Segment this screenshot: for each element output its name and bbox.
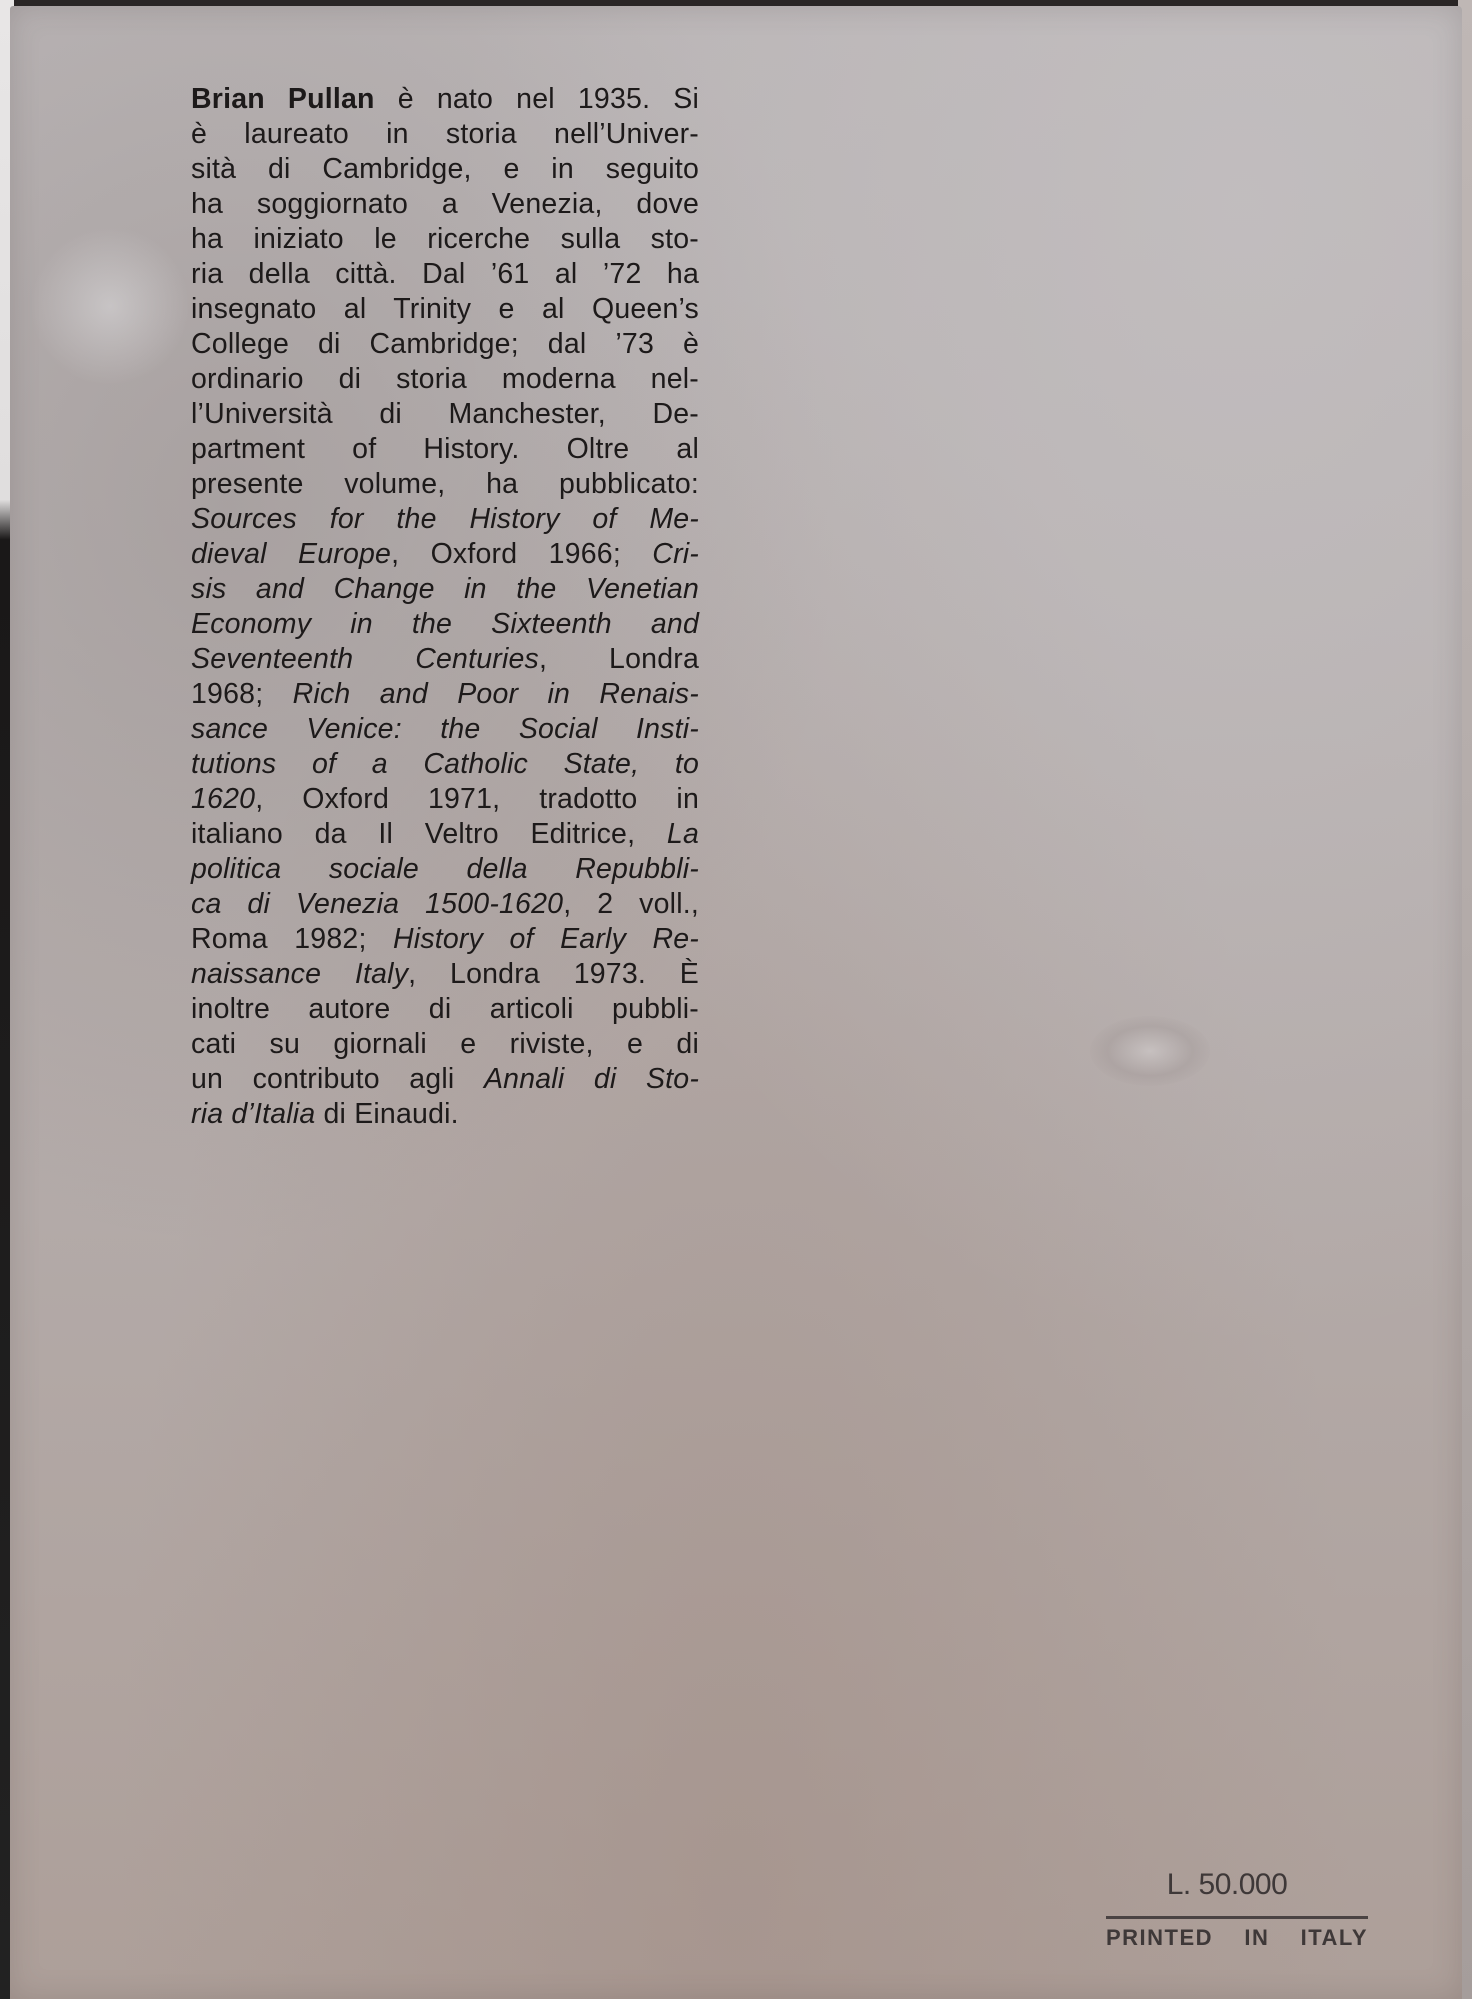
bio-line: ria d’Italia di Einaudi. bbox=[191, 1097, 699, 1132]
bio-text: presente volume, ha pubblicato: bbox=[191, 468, 699, 500]
bio-title-italic: Economy in the Sixteenth and bbox=[191, 608, 699, 640]
bio-title-italic: La bbox=[667, 818, 699, 850]
bio-line: è laureato in storia nell’Univer- bbox=[191, 117, 699, 152]
bio-text: è laureato in storia nell’Univer- bbox=[191, 118, 699, 150]
bio-title-italic: sance Venice: the Social Insti- bbox=[191, 713, 699, 745]
bio-line: 1620, Oxford 1971, tradotto in bbox=[191, 782, 699, 817]
bio-text: di Einaudi. bbox=[315, 1098, 458, 1130]
bio-line: tutions of a Catholic State, to bbox=[191, 747, 699, 782]
bio-line: naissance Italy, Londra 1973. È bbox=[191, 957, 699, 992]
bio-line: un contributo agli Annali di Sto- bbox=[191, 1062, 699, 1097]
bio-title-italic: History of Early Re- bbox=[393, 923, 699, 955]
bio-text: insegnato al Trinity e al Queen’s bbox=[191, 293, 699, 325]
bio-text: sità di Cambridge, e in seguito bbox=[191, 153, 699, 185]
bio-title-italic: Cri- bbox=[652, 538, 699, 570]
bio-line: ha soggiornato a Venezia, dove bbox=[191, 187, 699, 222]
bio-line: politica sociale della Repubbli- bbox=[191, 852, 699, 887]
bio-line: insegnato al Trinity e al Queen’s bbox=[191, 292, 699, 327]
bio-title-italic: ria d’Italia bbox=[191, 1098, 315, 1130]
bio-line: inoltre autore di articoli pubbli- bbox=[191, 992, 699, 1027]
bio-text: Roma 1982; bbox=[191, 923, 393, 955]
bio-line: 1968; Rich and Poor in Renais- bbox=[191, 677, 699, 712]
bio-line: ordinario di storia moderna nel- bbox=[191, 362, 699, 397]
bio-line: l’Università di Manchester, De- bbox=[191, 397, 699, 432]
bio-title-italic: dieval Europe bbox=[191, 538, 391, 570]
bio-line: Seventeenth Centuries, Londra bbox=[191, 642, 699, 677]
bio-text: , Oxford 1971, tradotto in bbox=[255, 783, 699, 815]
bio-text: , Oxford 1966; bbox=[391, 538, 652, 570]
bio-title-italic: Seventeenth Centuries bbox=[191, 643, 539, 675]
bio-text: l’Università di Manchester, De- bbox=[191, 398, 699, 430]
price-label: L. 50.000 bbox=[1086, 1868, 1368, 1902]
bio-text: ha soggiornato a Venezia, dove bbox=[191, 188, 699, 220]
bio-text: italiano da Il Veltro Editrice, bbox=[191, 818, 667, 850]
bio-title-italic: Annali di Sto- bbox=[484, 1063, 699, 1095]
bio-text: ha iniziato le ricerche sulla sto- bbox=[191, 223, 699, 255]
bio-line: Sources for the History of Me- bbox=[191, 502, 699, 537]
bio-text: un contributo agli bbox=[191, 1063, 484, 1095]
paper-crease bbox=[30, 226, 190, 386]
bio-title-italic: tutions of a Catholic State, to bbox=[191, 748, 699, 780]
paper-dent bbox=[1090, 1016, 1210, 1086]
bio-line: sis and Change in the Venetian bbox=[191, 572, 699, 607]
bio-text: , 2 voll., bbox=[563, 888, 699, 920]
price-divider bbox=[1106, 1916, 1368, 1919]
bio-text: , Londra bbox=[539, 643, 699, 675]
bio-text: inoltre autore di articoli pubbli- bbox=[191, 993, 699, 1025]
bio-line: Economy in the Sixteenth and bbox=[191, 607, 699, 642]
bio-text: partment of History. Oltre al bbox=[191, 433, 699, 465]
bio-line: sità di Cambridge, e in seguito bbox=[191, 152, 699, 187]
bio-title-italic: naissance Italy bbox=[191, 958, 408, 990]
bio-line: italiano da Il Veltro Editrice, La bbox=[191, 817, 699, 852]
bio-title-italic: Sources for the History of Me- bbox=[191, 503, 699, 535]
bio-title-italic: Rich and Poor in Renais- bbox=[293, 678, 699, 710]
bio-text: College di Cambridge; dal ’73 è bbox=[191, 328, 699, 360]
bio-line: Roma 1982; History of Early Re- bbox=[191, 922, 699, 957]
bio-line: sance Venice: the Social Insti- bbox=[191, 712, 699, 747]
bio-title-italic: ca di Venezia 1500-1620 bbox=[191, 888, 563, 920]
bio-line: College di Cambridge; dal ’73 è bbox=[191, 327, 699, 362]
price-block: L. 50.000 PRINTED IN ITALY bbox=[1106, 1868, 1368, 1951]
bio-text: , Londra 1973. È bbox=[408, 958, 699, 990]
bio-line: ca di Venezia 1500-1620, 2 voll., bbox=[191, 887, 699, 922]
bio-title-italic: politica sociale della Repubbli- bbox=[191, 853, 699, 885]
bio-line: partment of History. Oltre al bbox=[191, 432, 699, 467]
bio-text: ria della città. Dal ’61 al ’72 ha bbox=[191, 258, 699, 290]
bio-text: è nato nel 1935. Si bbox=[375, 83, 699, 115]
bio-line: cati su giornali e riviste, e di bbox=[191, 1027, 699, 1062]
bio-text: cati su giornali e riviste, e di bbox=[191, 1028, 699, 1060]
bio-title-italic: sis and Change in the Venetian bbox=[191, 573, 699, 605]
bio-text: ordinario di storia moderna nel- bbox=[191, 363, 699, 395]
bio-line: Brian Pullan è nato nel 1935. Si bbox=[191, 82, 699, 117]
bio-line: ha iniziato le ricerche sulla sto- bbox=[191, 222, 699, 257]
bio-text: 1968; bbox=[191, 678, 293, 710]
printed-in-italy-label: PRINTED IN ITALY bbox=[1106, 1925, 1368, 1951]
bio-line: dieval Europe, Oxford 1966; Cri- bbox=[191, 537, 699, 572]
bio-title-italic: 1620 bbox=[191, 783, 255, 815]
bio-line: ria della città. Dal ’61 al ’72 ha bbox=[191, 257, 699, 292]
author-name: Brian Pullan bbox=[191, 83, 375, 115]
bio-line: presente volume, ha pubblicato: bbox=[191, 467, 699, 502]
author-biography: Brian Pullan è nato nel 1935. Siè laurea… bbox=[191, 82, 699, 1132]
